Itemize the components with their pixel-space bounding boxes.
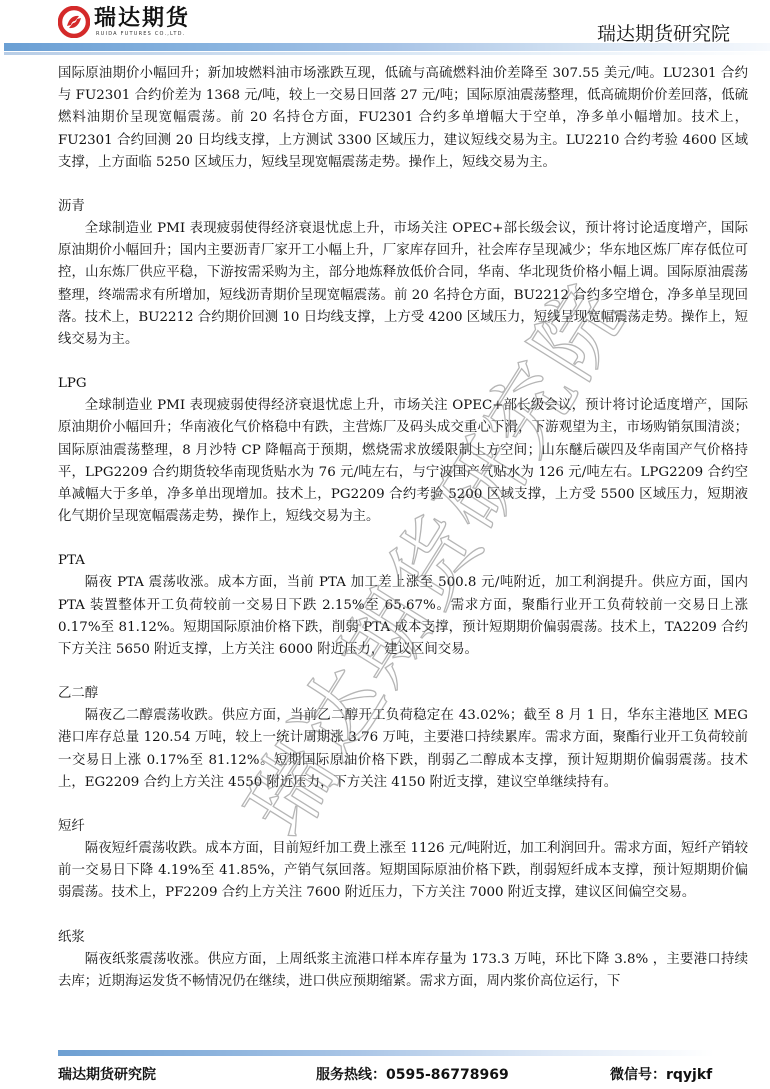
page-footer: 瑞达期货研究院 服务热线：0595-86778969 微信号：rqyjkf	[58, 1064, 718, 1086]
section-title: 短纤	[58, 816, 748, 838]
header-divider	[4, 43, 770, 51]
header-divider-thin	[4, 52, 770, 55]
logo-english-name: RUIDA FUTURES CO.,LTD.	[96, 31, 190, 38]
logo-chinese-name: 瑞达期货	[94, 7, 190, 31]
header-title: 瑞达期货研究院	[597, 19, 730, 46]
section-body: 隔夜纸浆震荡收涨。供应方面，上周纸浆主流港口样本库存量为 173.3 万吨，环比…	[58, 949, 748, 993]
footer-wechat: 微信号：rqyjkf	[610, 1064, 712, 1084]
section-staple-fiber: 短纤 隔夜短纤震荡收跌。成本方面，目前短纤加工费上涨至 1126 元/吨附近，加…	[58, 816, 748, 905]
section-title: LPG	[58, 373, 748, 395]
company-logo: 瑞达期货 RUIDA FUTURES CO.,LTD.	[58, 4, 190, 40]
section-body: 隔夜乙二醇震荡收跌。供应方面，当前乙二醇开工负荷稳定在 43.02%；截至 8 …	[58, 705, 748, 794]
section-title: 沥青	[58, 196, 748, 218]
page-header: 瑞达期货 RUIDA FUTURES CO.,LTD. 瑞达期货研究院	[0, 0, 770, 60]
ruida-logo-icon	[58, 6, 90, 38]
section-pulp: 纸浆 隔夜纸浆震荡收涨。供应方面，上周纸浆主流港口样本库存量为 173.3 万吨…	[58, 927, 748, 993]
fuel-oil-paragraph: 国际原油期价小幅回升；新加坡燃料油市场涨跌互现，低硫与高硫燃料油价差降至 307…	[58, 63, 748, 174]
footer-divider	[58, 1050, 714, 1056]
footer-company: 瑞达期货研究院	[58, 1064, 156, 1084]
section-body: 全球制造业 PMI 表现疲弱使得经济衰退忧虑上升，市场关注 OPEC+部长级会议…	[58, 218, 748, 351]
footer-hotline: 服务热线：0595-86778969	[316, 1064, 509, 1084]
section-body: 隔夜短纤震荡收跌。成本方面，目前短纤加工费上涨至 1126 元/吨附近，加工利润…	[58, 838, 748, 905]
section-title: 纸浆	[58, 927, 748, 949]
